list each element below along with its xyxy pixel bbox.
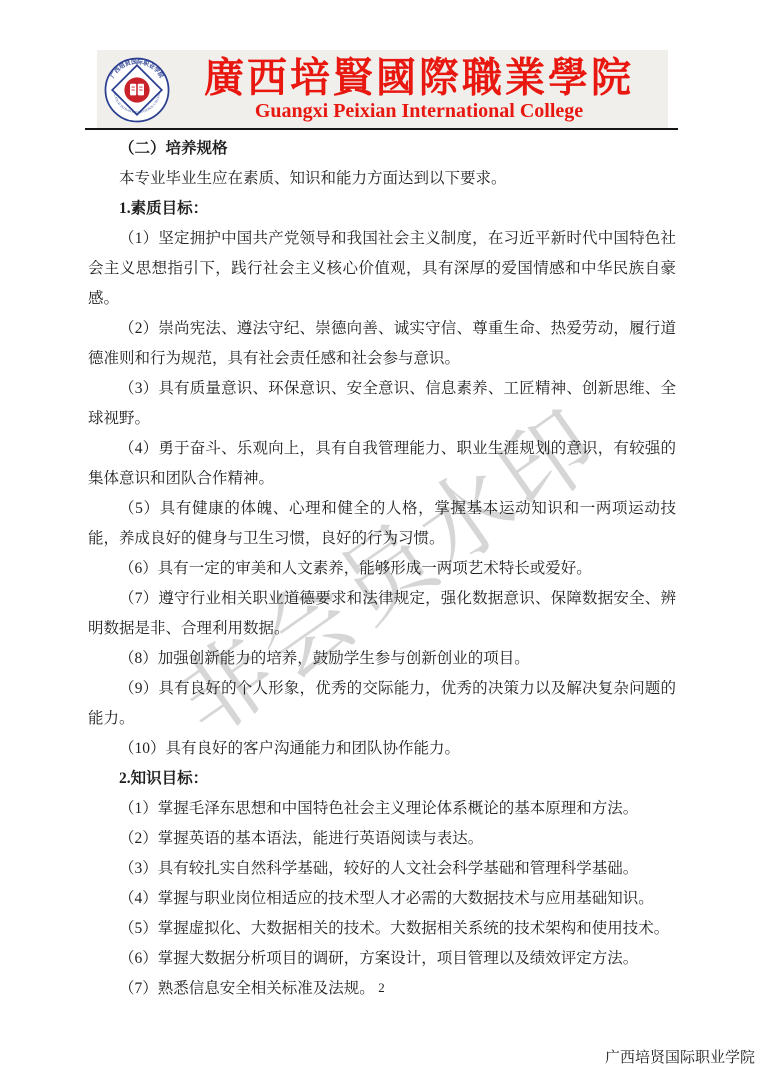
paragraph: （5）具有健康的体魄、心理和健全的人格，掌握基本运动知识和一两项运动技能，养成良… <box>88 494 676 554</box>
paragraph: 本专业毕业生应在素质、知识和能力方面达到以下要求。 <box>88 164 676 194</box>
document-body: （二）培养规格 本专业毕业生应在素质、知识和能力方面达到以下要求。 1.素质目标… <box>88 134 676 1004</box>
paragraph: （8）加强创新能力的培养，鼓励学生参与创新创业的项目。 <box>88 644 676 674</box>
paragraph: （9）具有良好的个人形象，优秀的交际能力，优秀的决策力以及解决复杂问题的能力。 <box>88 674 676 734</box>
college-name-en: Guangxi Peixian International College <box>170 101 668 121</box>
paragraph: （二）培养规格 <box>88 134 676 164</box>
letterhead: 广西培贤国际职业学院 GUANGXI PEIXIAN INTERNATIONAL… <box>97 50 668 129</box>
paragraph: （2）崇尚宪法、遵法守纪、崇德向善、诚实守信、尊重生命、热爱劳动，履行道德准则和… <box>88 314 676 374</box>
header-divider <box>85 128 678 130</box>
footer-college-mark: 广西培贤国际职业学院 <box>605 1046 755 1067</box>
paragraph: （5）掌握虚拟化、大数据相关的技术。大数据相关系统的技术架构和使用技术。 <box>88 914 676 944</box>
paragraph: （2）掌握英语的基本语法，能进行英语阅读与表达。 <box>88 824 676 854</box>
paragraph: （4）勇于奋斗、乐观向上，具有自我管理能力、职业生涯规划的意识，有较强的集体意识… <box>88 434 676 494</box>
paragraph: （3）具有较扎实自然科学基础，较好的人文社会科学基础和管理科学基础。 <box>88 854 676 884</box>
paragraph: （10）具有良好的客户沟通能力和团队协作能力。 <box>88 734 676 764</box>
paragraph: 2.知识目标： <box>88 764 676 794</box>
paragraph: （4）掌握与职业岗位相适应的技术型人才必需的大数据技术与应用基础知识。 <box>88 884 676 914</box>
page-number: 2 <box>0 980 763 996</box>
paragraph: （3）具有质量意识、环保意识、安全意识、信息素养、工匠精神、创新思维、全球视野。 <box>88 374 676 434</box>
letterhead-titles: 廣西培賢國際職業學院 Guangxi Peixian International… <box>170 58 668 121</box>
paragraph: （6）具有一定的审美和人文素养，能够形成一两项艺术特长或爱好。 <box>88 554 676 584</box>
paragraph: （1）坚定拥护中国共产党领导和我国社会主义制度，在习近平新时代中国特色社会主义思… <box>88 224 676 314</box>
document-page: 广西培贤国际职业学院 GUANGXI PEIXIAN INTERNATIONAL… <box>0 0 763 1080</box>
paragraph: （6）掌握大数据分析项目的调研，方案设计，项目管理以及绩效评定方法。 <box>88 944 676 974</box>
college-seal-icon: 广西培贤国际职业学院 GUANGXI PEIXIAN INTERNATIONAL… <box>104 57 170 123</box>
paragraph: 1.素质目标： <box>88 194 676 224</box>
paragraph: （7）遵守行业相关职业道德要求和法律规定，强化数据意识、保障数据安全、辨明数据是… <box>88 584 676 644</box>
college-name-zh: 廣西培賢國際職業學院 <box>170 58 668 99</box>
paragraph: （1）掌握毛泽东思想和中国特色社会主义理论体系概论的基本原理和方法。 <box>88 794 676 824</box>
